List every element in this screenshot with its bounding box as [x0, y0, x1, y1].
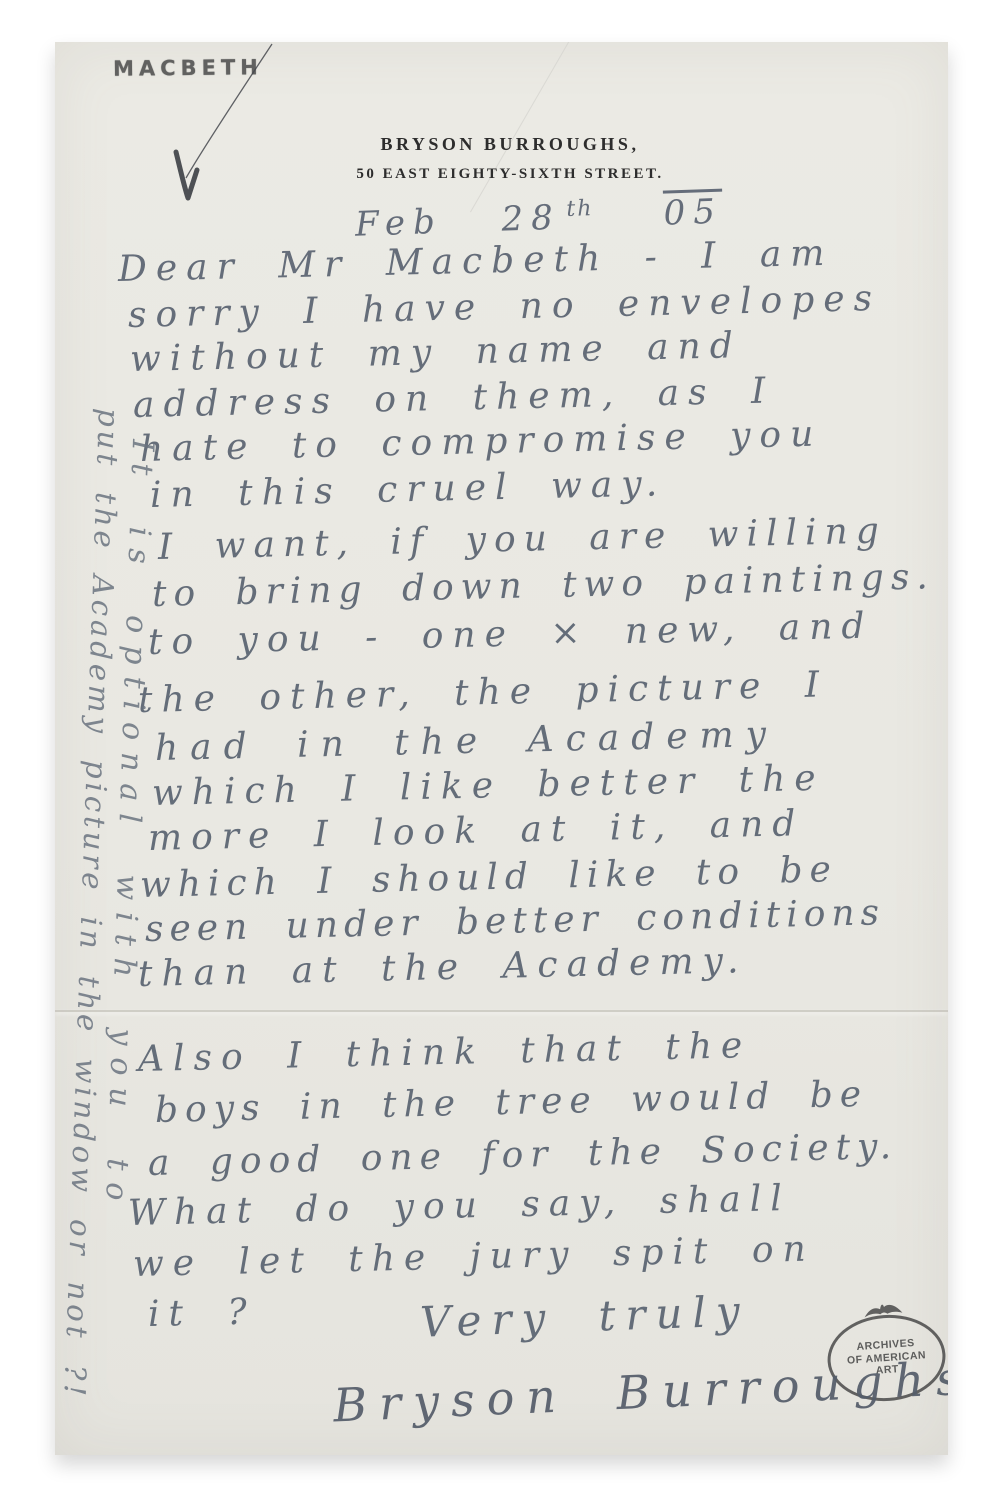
- handwritten-line: had in the Academy: [155, 717, 779, 767]
- handwritten-line: we let the jury spit on: [133, 1232, 815, 1283]
- handwritten-line: it ?: [148, 1295, 257, 1333]
- handwritten-line: a good one for the Society.: [148, 1129, 899, 1182]
- letter-page: MACBETH BRYSON BURROUGHS, 50 EAST EIGHTY…: [55, 42, 948, 1455]
- handwritten-line: to bring down two paintings.: [152, 559, 936, 613]
- handwritten-line: What do you say, shall: [128, 1181, 792, 1232]
- handwritten-line: more I look at it, and: [148, 806, 805, 857]
- handwritten-line: without my name and: [130, 328, 743, 378]
- handwritten-line: to you - one × new, and: [148, 609, 874, 661]
- handwritten-line: Dear Mr Macbeth - I am: [118, 236, 834, 288]
- handwritten-line: in this cruel way.: [150, 466, 667, 514]
- handwritten-line: hate to compromise you: [140, 417, 823, 468]
- handwritten-line: I want, if you are willing: [158, 513, 888, 566]
- handwritten-line: the other, the picture I: [138, 667, 829, 719]
- handwritten-line: boys in the tree would be: [155, 1077, 869, 1129]
- handwritten-line: sorry I have no envelopes: [128, 281, 882, 334]
- scan-background: { "document": { "dealer_stamp": "MACBETH…: [0, 0, 1000, 1503]
- letter-body: Dear Mr Macbeth - I amsorry I have no en…: [55, 42, 948, 1455]
- handwritten-line: Also I think that the: [138, 1028, 752, 1078]
- handwritten-line: than at the Academy.: [138, 943, 748, 993]
